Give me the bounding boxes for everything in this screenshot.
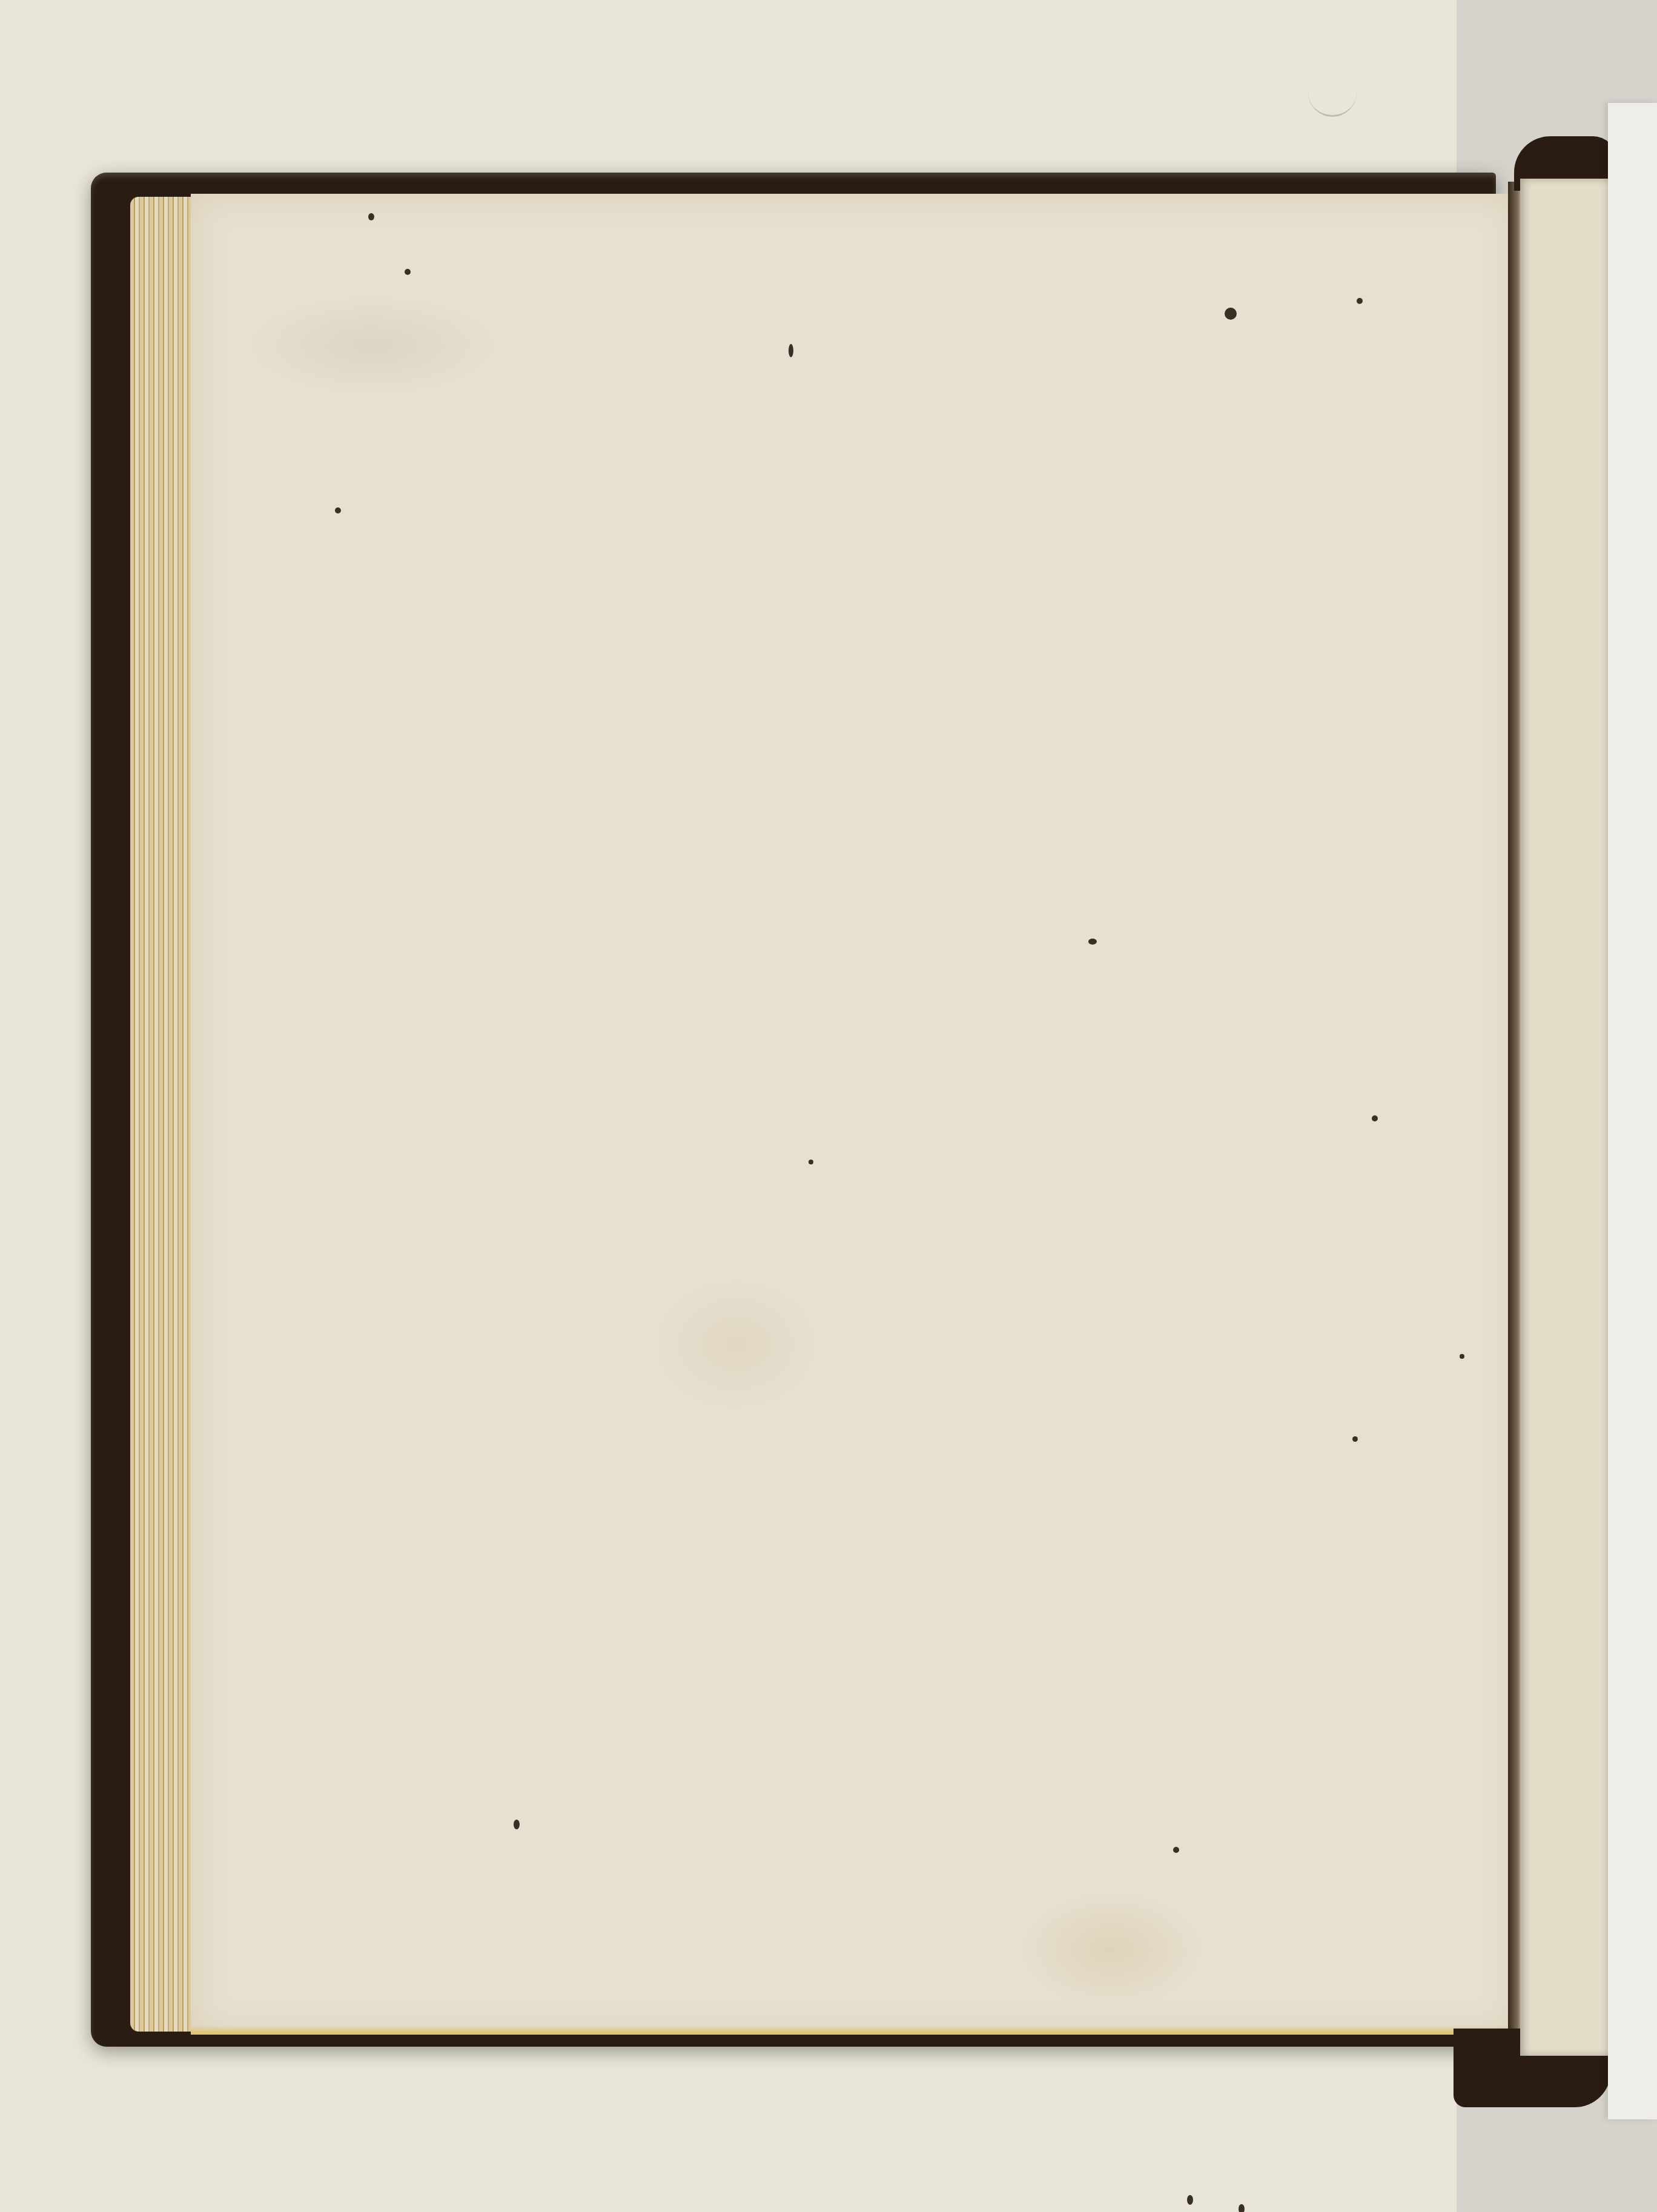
paper-speck <box>1372 1115 1378 1121</box>
paper-speck <box>335 507 341 513</box>
paper-speck <box>1088 939 1097 945</box>
facing-page <box>1520 179 1611 2056</box>
paper-speck <box>1460 1354 1464 1359</box>
paper-speck <box>1173 1847 1179 1853</box>
paper-speck <box>368 213 374 220</box>
paper-speck <box>405 269 411 275</box>
paper-speck <box>1187 2195 1193 2205</box>
paper-speck <box>514 1820 520 1829</box>
paper-speck <box>1225 308 1237 320</box>
paper-speck <box>1239 2204 1245 2212</box>
blank-page <box>191 194 1517 2035</box>
paper-speck <box>789 344 793 357</box>
paper-speck <box>809 1160 813 1164</box>
page-edge-stain <box>191 2025 1517 2034</box>
support-card <box>1608 103 1657 2119</box>
paper-speck <box>1352 1436 1358 1442</box>
page-edges <box>130 197 197 2032</box>
paper-speck <box>1357 298 1363 304</box>
